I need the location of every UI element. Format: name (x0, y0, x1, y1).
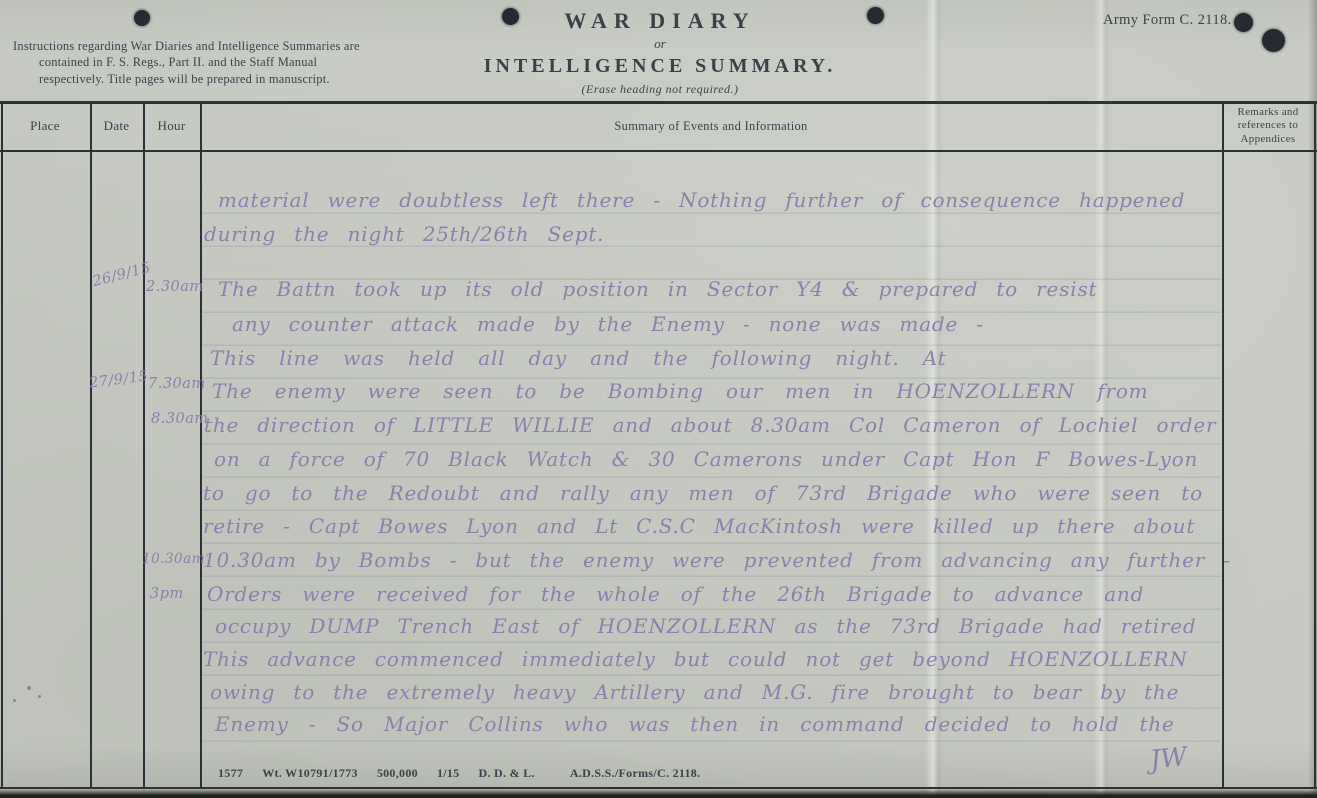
hour-entry: 8.30am (151, 411, 209, 427)
table-bottom-rule (0, 787, 1317, 789)
diary-line: any counter attack made by the Enemy - n… (232, 312, 984, 336)
diary-line: the direction of LITTLE WILLIE and about… (204, 413, 1216, 437)
punch-hole (867, 7, 884, 24)
column-rule-hour-summary (200, 101, 202, 789)
ink-speck (13, 699, 16, 702)
printers-imprint: 1577 Wt. W10791/1773 500,000 1/15 D. D. … (218, 766, 700, 781)
war-diary-document: Instructions regarding War Diaries and I… (0, 0, 1317, 798)
form-title-block: WAR DIARY or INTELLIGENCE SUMMARY. (Eras… (455, 8, 865, 97)
table-header-rule (0, 150, 1317, 152)
diary-line: The Battn took up its old position in Se… (218, 277, 1097, 301)
diary-line: during the night 25th/26th Sept. (204, 222, 604, 246)
hour-entry: 10.30am (142, 551, 205, 567)
punch-hole (1262, 29, 1285, 52)
imprint-segment: 1577 (218, 766, 243, 781)
form-title-war-diary: WAR DIARY (455, 8, 865, 34)
date-entry: 27/9/15 (88, 368, 149, 391)
table-left-rule (1, 101, 3, 789)
diary-line: occupy DUMP Trench East of HOENZOLLERN a… (215, 614, 1197, 638)
diary-line: on a force of 70 Black Watch & 30 Camero… (214, 447, 1198, 471)
ink-speck (38, 695, 41, 698)
ink-speck (27, 686, 31, 690)
hour-entry: 3pm (150, 586, 184, 602)
instructions-note: Instructions regarding War Diaries and I… (13, 38, 373, 87)
form-title-erase-note: (Erase heading not required.) (455, 82, 865, 97)
column-rule-summary-remarks (1222, 101, 1224, 789)
form-title-intelligence-summary: INTELLIGENCE SUMMARY. (455, 55, 865, 78)
column-rule-date-hour (143, 101, 145, 789)
diary-line: The enemy were seen to be Bombing our me… (212, 379, 1148, 403)
signature-initials: JW (1149, 742, 1189, 776)
diary-line: This line was held all day and the follo… (210, 346, 946, 370)
imprint-segment: D. D. & L. (478, 766, 534, 781)
diary-line: 10.30am by Bombs - but the enemy were pr… (203, 548, 1231, 572)
imprint-segment: A.D.S.S./Forms/C. 2118. (570, 766, 701, 781)
column-rule-place-date (90, 101, 92, 789)
imprint-segment: 500,000 (377, 766, 418, 781)
column-header-date: Date (90, 102, 143, 150)
column-header-hour: Hour (143, 102, 200, 150)
imprint-segment: 1/15 (437, 766, 460, 781)
punch-hole (134, 10, 150, 26)
paper-bottom-shadow (0, 789, 1317, 798)
diary-line: This advance commenced immediately but c… (203, 647, 1188, 671)
column-header-summary: Summary of Events and Information (200, 102, 1222, 150)
punch-hole (1234, 13, 1253, 32)
hour-entry: 7.30am (148, 376, 206, 392)
diary-line: owing to the extremely heavy Artillery a… (210, 680, 1179, 704)
diary-line: Enemy - So Major Collins who was then in… (215, 712, 1175, 736)
diary-line: to go to the Redoubt and rally any men o… (203, 481, 1203, 505)
diary-line: retire - Capt Bowes Lyon and Lt C.S.C Ma… (203, 514, 1195, 538)
diary-line: Orders were received for the whole of th… (207, 582, 1144, 606)
imprint-segment: Wt. W10791/1773 (262, 766, 358, 781)
column-header-place: Place (0, 102, 90, 150)
column-header-remarks: Remarks and references to Appendices (1222, 102, 1314, 150)
table-right-rule (1314, 101, 1316, 789)
hour-entry: 2.30am (146, 279, 204, 295)
army-form-number: Army Form C. 2118. (1103, 12, 1232, 29)
diary-line: material were doubtless left there - Not… (218, 188, 1185, 212)
form-title-or: or (455, 36, 865, 52)
